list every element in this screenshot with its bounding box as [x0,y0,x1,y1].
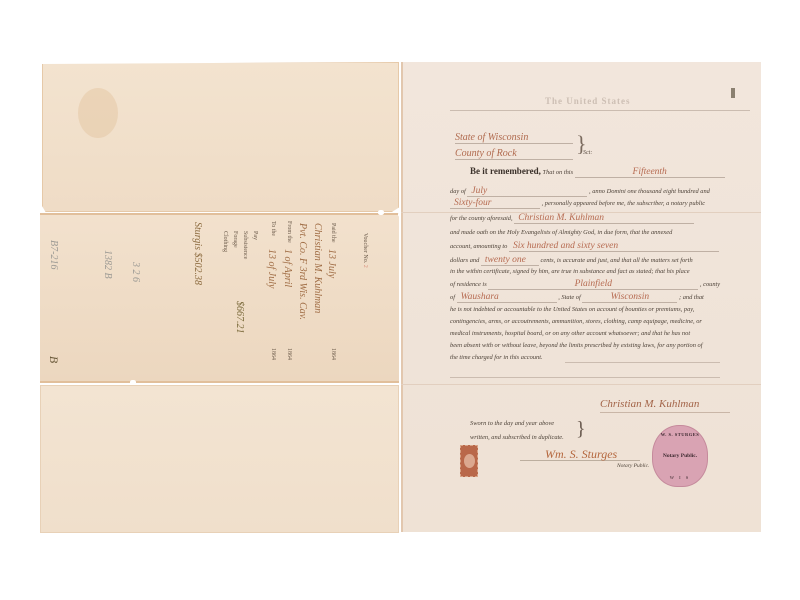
water-stain [78,88,118,138]
from-date: 1 of April [282,249,293,287]
sworn-line-1: Sworn to the day and year above [470,420,554,427]
day-field: Fifteenth [575,167,725,178]
paid-date: 13 July [326,249,337,278]
to-label: To the [270,221,276,236]
paragraph-line-15: the time charged for in this account. [450,354,543,361]
voucher-number: 2 [362,265,368,268]
paper-tear [130,380,136,385]
voucher-total: $667.21 [234,301,245,334]
pencil-note: 3 2 6 [130,262,141,282]
from-year: 1864 [286,348,292,360]
county-value-field: Waushara [457,292,557,303]
section-rule [450,377,720,378]
ink-mark [731,88,735,98]
text: ; and that [679,294,704,301]
paragraph-line-7: dollars and twenty one cents, is accurat… [450,255,693,266]
text: , personally appeared before me, the sub… [542,200,706,207]
county-field: County of Rock [455,148,573,160]
voucher-note: Sturgis $502.38 [192,222,203,285]
paid-year: 1864 [330,348,336,360]
text: of [450,294,455,301]
notary-label: Notary Public. [617,463,649,469]
fold-line [401,384,761,385]
amount-cents-field: twenty one [481,255,539,266]
state-value-field: Wisconsin [582,292,677,303]
text: , anno Domini one thousand eight hundred… [589,188,710,195]
subsistence-label: Subsistence [242,231,248,259]
text: account, amounting to [450,243,507,250]
to-date: 13 of July [266,249,277,288]
residence-field: Plainfield [488,279,698,290]
paragraph-line-9: of residence is Plainfield , county [450,279,720,290]
text: day of [450,188,466,195]
paid-label: Paid the [330,223,336,243]
lead-text: Be it remembered, [470,166,541,176]
year-field: Sixty-four [450,198,540,209]
forage-label: Forage [232,231,238,248]
payee-unit: Pvt. Co. F 3rd Wis. Cav. [297,223,308,320]
paragraph-line-4: for the county aforesaid, Christian M. K… [450,213,694,224]
paid-month: July [326,262,337,279]
paid-day: 13 [326,249,337,259]
payee-name: Christian M. Kuhlman [312,223,323,313]
paragraph-line-8: in the within certificate, signed by him… [450,268,690,275]
closing-rule [565,362,720,363]
voucher-label: Voucher No. 2 [362,233,368,268]
paragraph-line-5: and made oath on the Holy Evangelists of… [450,229,672,236]
seal-name: W. S. STURGES [661,432,700,437]
paragraph-line-6: account, amounting to Six hundred and si… [450,241,719,252]
paragraph-line-1: Be it remembered, That on this Fifteenth [470,166,725,178]
pay-label: Pay [252,231,258,240]
notary-signature: Wm. S. Sturges [545,447,617,462]
paragraph-line-10: of Waushara , State of Wisconsin ; and t… [450,292,704,303]
affiant-signature: Christian M. Kuhlman [600,398,730,413]
paragraph-line-13: medical instruments, hospital board, or … [450,330,690,337]
text: cents, is accurate and just, and that al… [541,257,693,264]
voucher-label-text: Voucher No. [362,233,368,263]
text: , State of [558,294,581,301]
corner-letter: B [46,356,61,363]
text: of residence is [450,281,487,288]
clothing-label: Clothing [222,231,228,252]
brace: } [576,418,586,441]
to-year: 1864 [270,348,276,360]
name-field: Christian M. Kuhlman [514,213,694,224]
pencil-note: 1382 B [102,250,113,279]
paragraph-line-12: contingencies, arms, or accoutrements, a… [450,318,702,325]
header-title: The United States [545,96,631,106]
stamp-portrait-icon [464,454,475,468]
text: for the county aforesaid, [450,215,513,222]
paragraph-line-3: Sixty-four , personally appeared before … [450,198,705,209]
header-rule [450,110,750,111]
state-field: State of Wisconsin [455,132,573,144]
amount-dollars-field: Six hundred and sixty seven [509,241,719,252]
seal-state: W I S [670,475,690,480]
notary-seal: W. S. STURGES Notary Public. W I S [652,425,708,487]
paragraph-line-14: been absent with or without leave, beyon… [450,342,703,349]
from-label: From the [286,221,292,243]
paragraph-line-2: day of July , anno Domini one thousand e… [450,186,710,197]
paragraph-line-11: he is not indebted or accountable to the… [450,306,694,313]
text: dollars and [450,257,479,264]
revenue-stamp [460,445,478,477]
pencil-note: B7-216 [48,240,59,269]
left-bottom-panel [40,385,399,533]
text: That on this [543,169,574,176]
ss-label: Sct: [583,150,592,156]
month-field: July [467,186,587,197]
voucher-block: Voucher No. 2 Paid the 13 July 1864 Chri… [212,213,382,383]
text: , county [700,281,720,288]
seal-title: Notary Public. [663,453,697,459]
sworn-line-2: written, and subscribed in duplicate. [470,434,564,441]
